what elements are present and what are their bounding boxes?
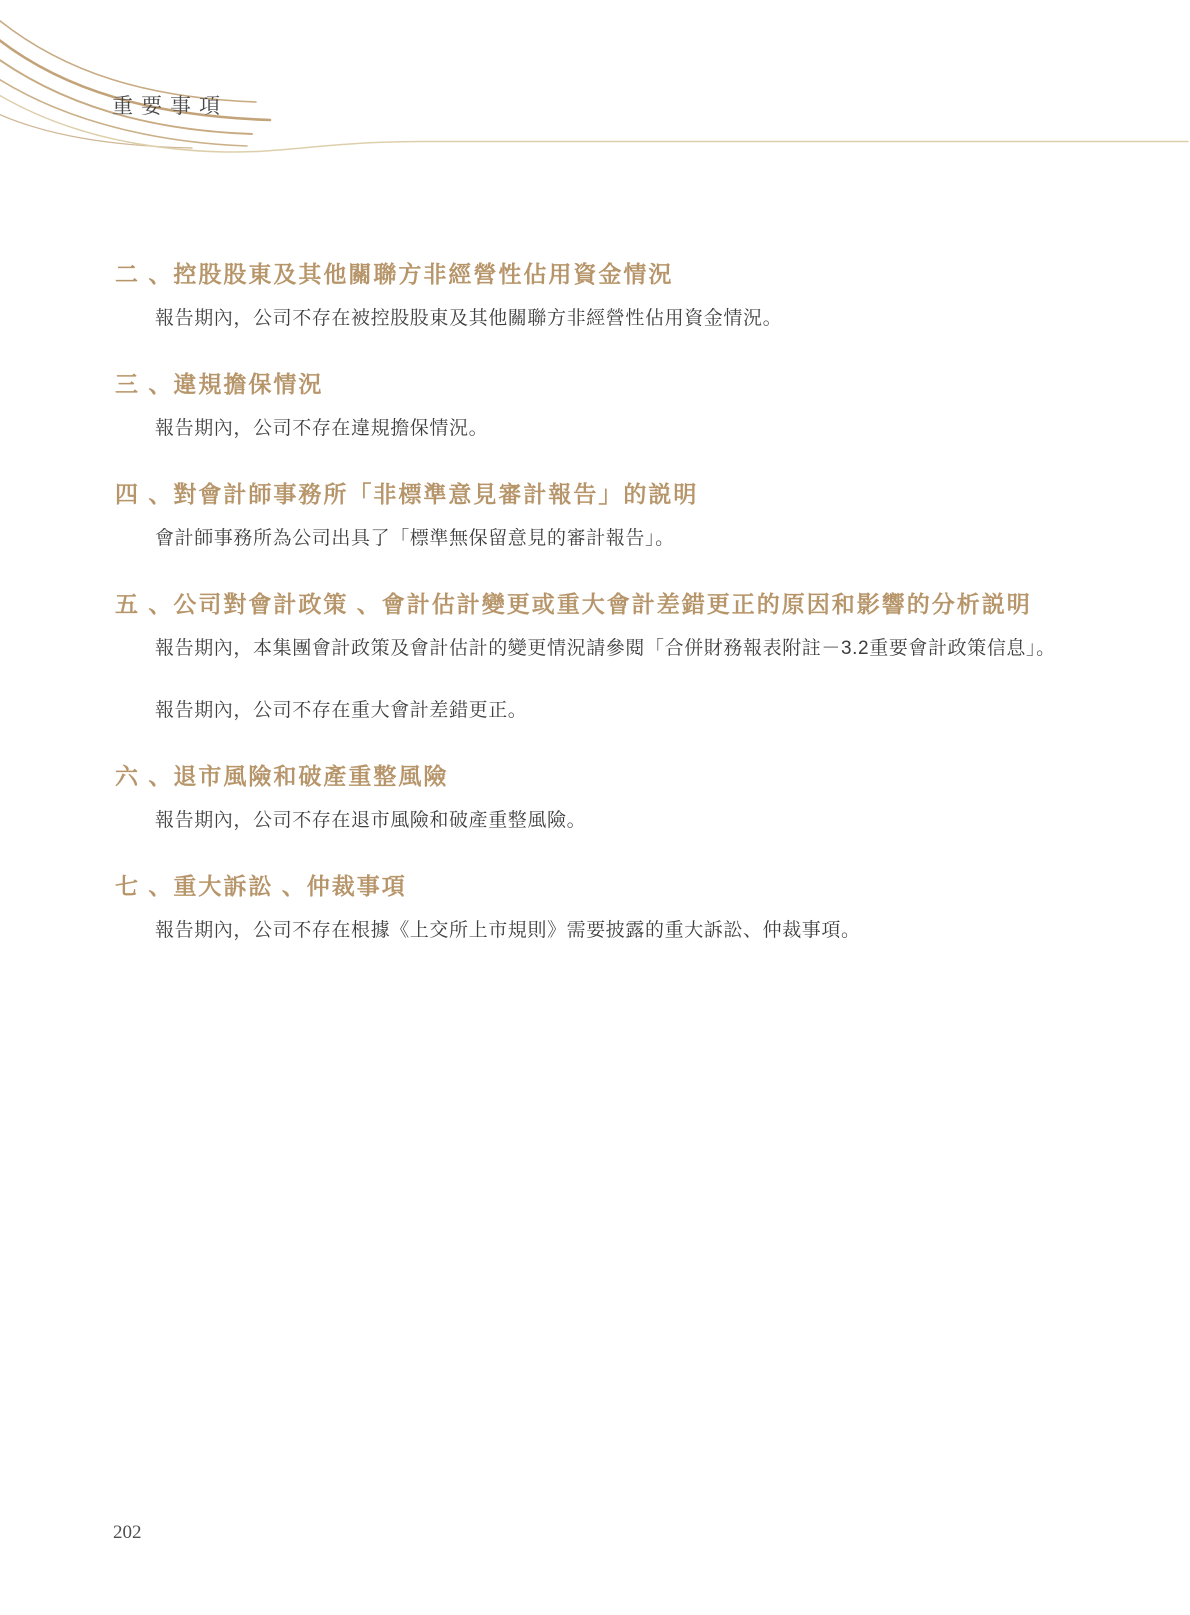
section-accounting-policy-changes: 五 、公司對會計政策 、會計估計變更或重大會計差錯更正的原因和影響的分析説明 報… <box>115 588 1105 726</box>
section-heading: 二 、控股股東及其他關聯方非經營性佔用資金情況 <box>115 258 1105 290</box>
section-delisting-bankruptcy-risk: 六 、退市風險和破產重整風險 報告期內，公司不存在退市風險和破產重整風險。 <box>115 760 1105 836</box>
section-heading: 四 、對會計師事務所「非標準意見審計報告」的説明 <box>115 478 1105 510</box>
corner-arc-flourish <box>0 0 1190 175</box>
section-controlling-shareholder-funds: 二 、控股股東及其他關聯方非經營性佔用資金情況 報告期內，公司不存在被控股股東及… <box>115 258 1105 334</box>
section-paragraph: 報告期內，公司不存在違規擔保情況。 <box>115 414 1105 444</box>
section-paragraph: 報告期內，公司不存在被控股股東及其他關聯方非經營性佔用資金情況。 <box>115 304 1105 334</box>
section-guarantee-violations: 三 、違規擔保情況 報告期內，公司不存在違規擔保情況。 <box>115 368 1105 444</box>
section-heading: 三 、違規擔保情況 <box>115 368 1105 400</box>
section-audit-report-explanation: 四 、對會計師事務所「非標準意見審計報告」的説明 會計師事務所為公司出具了「標準… <box>115 478 1105 554</box>
section-heading: 六 、退市風險和破產重整風險 <box>115 760 1105 792</box>
page-number: 202 <box>113 1522 142 1544</box>
section-paragraph: 會計師事務所為公司出具了「標準無保留意見的審計報告」。 <box>115 524 1105 554</box>
arc-flourish-icon <box>0 0 1190 175</box>
page-header-title: 重要事項 <box>112 90 228 120</box>
section-paragraph: 報告期內，本集團會計政策及會計估計的變更情況請參閱「合併財務報表附註－3.2重要… <box>115 634 1105 664</box>
section-paragraph: 報告期內，公司不存在重大會計差錯更正。 <box>115 696 1105 726</box>
report-page: { "header": { "title": "重要事項" }, "sectio… <box>0 0 1190 1615</box>
section-litigation-arbitration: 七 、重大訴訟 、仲裁事項 報告期內，公司不存在根據《上交所上市規則》需要披露的… <box>115 870 1105 946</box>
section-paragraph: 報告期內，公司不存在退市風險和破產重整風險。 <box>115 806 1105 836</box>
section-heading: 五 、公司對會計政策 、會計估計變更或重大會計差錯更正的原因和影響的分析説明 <box>115 588 1105 620</box>
document-content: 二 、控股股東及其他關聯方非經營性佔用資金情況 報告期內，公司不存在被控股股東及… <box>115 258 1105 980</box>
section-heading: 七 、重大訴訟 、仲裁事項 <box>115 870 1105 902</box>
section-paragraph: 報告期內，公司不存在根據《上交所上市規則》需要披露的重大訴訟、仲裁事項。 <box>115 916 1105 946</box>
